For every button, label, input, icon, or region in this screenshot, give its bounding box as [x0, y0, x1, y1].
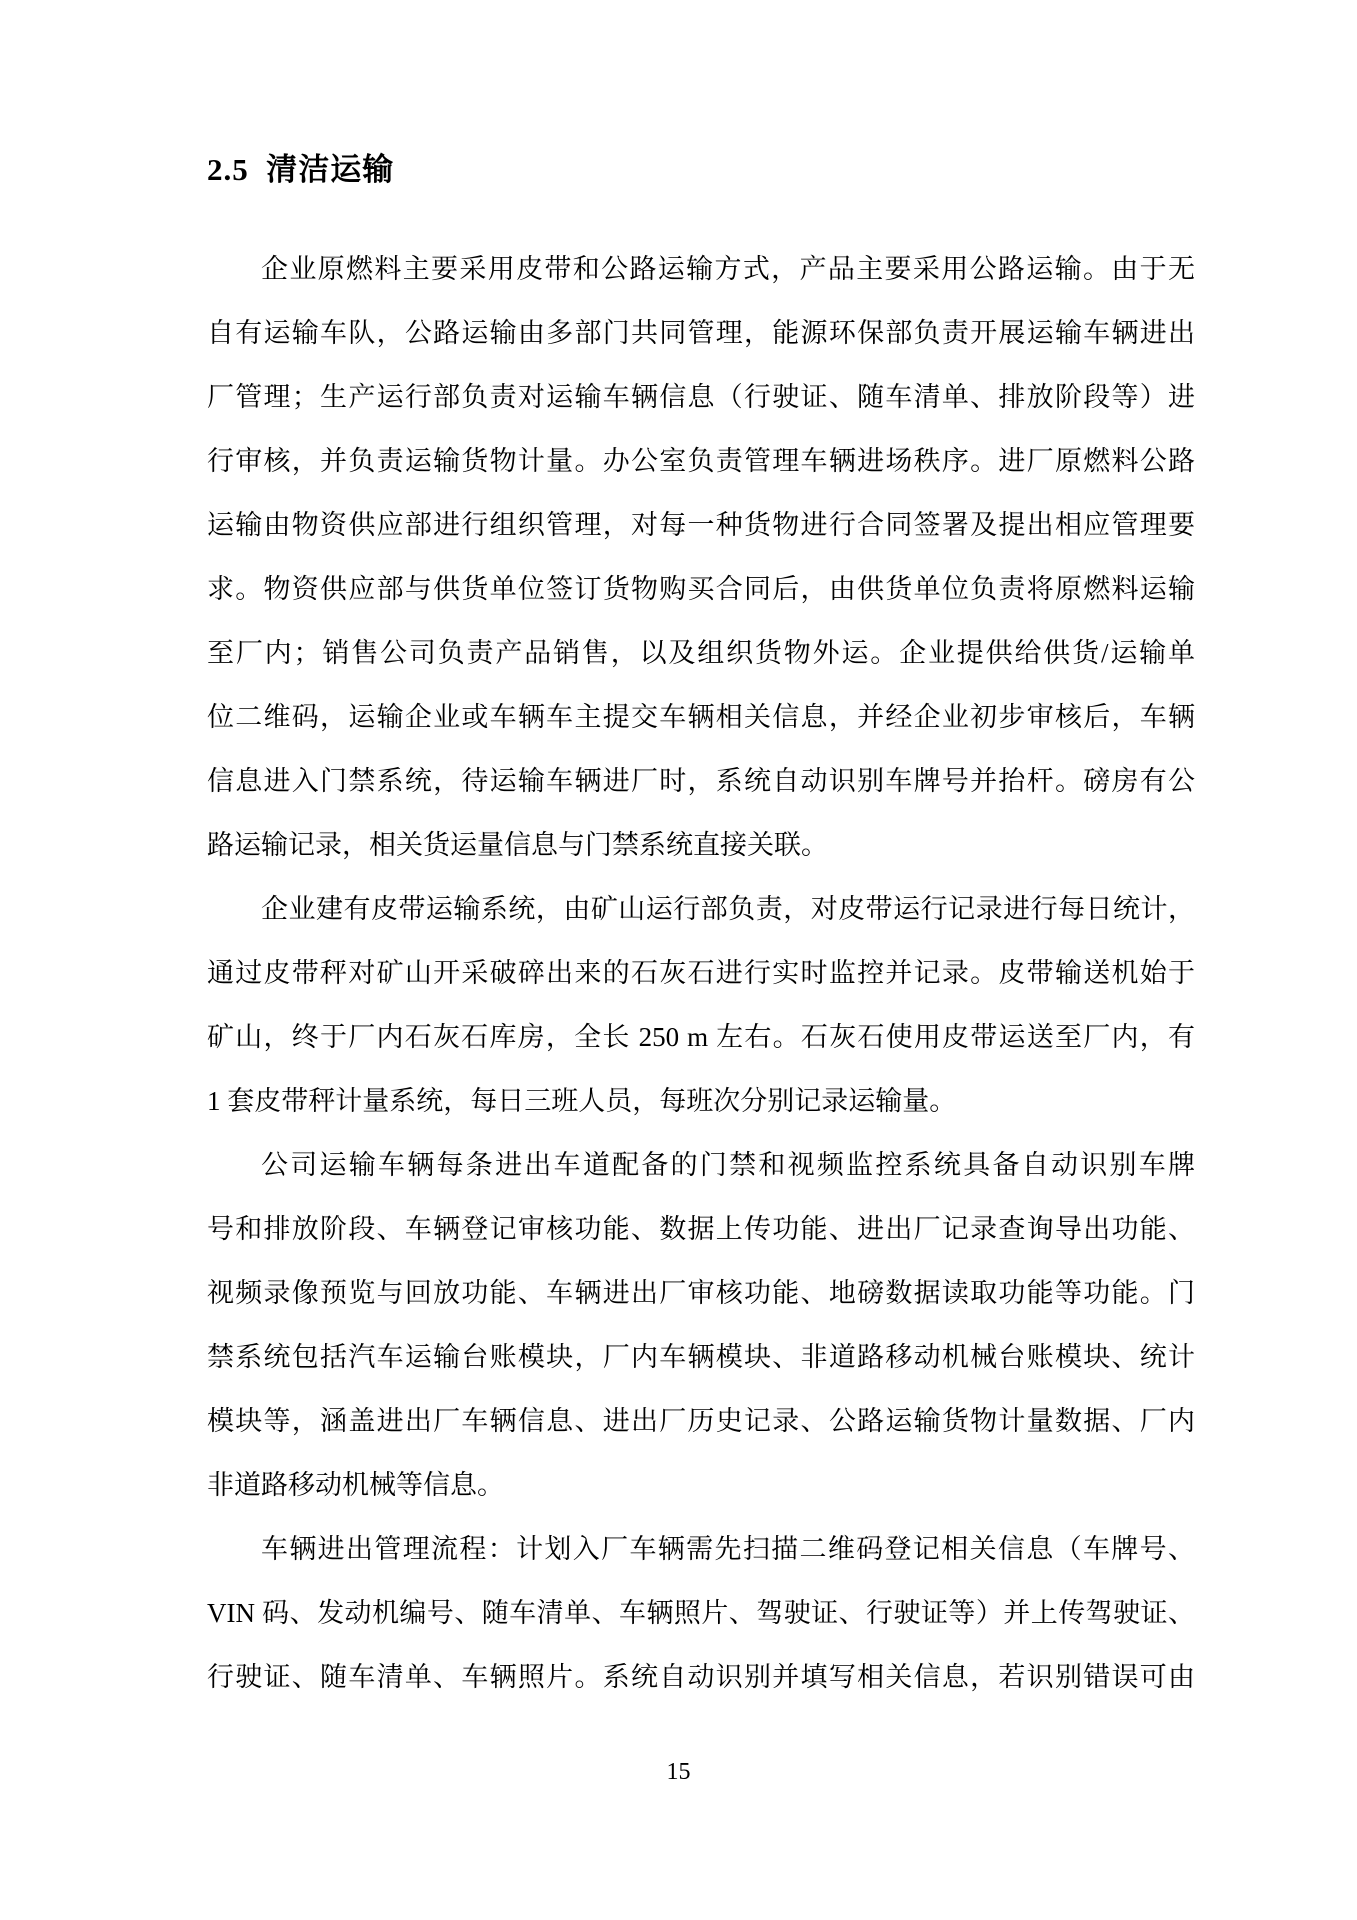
text-line: 禁系统包括汽车运输台账模块，厂内车辆模块、非道路移动机械台账模块、统计: [207, 1325, 1195, 1389]
text-line: 模块等，涵盖进出厂车辆信息、进出厂历史记录、公路运输货物计量数据、厂内: [207, 1389, 1195, 1453]
page-content: 2.5 清洁运输 企业原燃料主要采用皮带和公路运输方式，产品主要采用公路运输。由…: [207, 147, 1195, 1709]
text-line: VIN 码、发动机编号、随车清单、车辆照片、驾驶证、行驶证等）并上传驾驶证、: [207, 1581, 1195, 1645]
text-line: 非道路移动机械等信息。: [207, 1453, 1195, 1517]
text-line: 行驶证、随车清单、车辆照片。系统自动识别并填写相关信息，若识别错误可由: [207, 1645, 1195, 1709]
text-line: 通过皮带秤对矿山开采破碎出来的石灰石进行实时监控并记录。皮带输送机始于: [207, 941, 1195, 1005]
text-line: 视频录像预览与回放功能、车辆进出厂审核功能、地磅数据读取功能等功能。门: [207, 1261, 1195, 1325]
document-page: 2.5 清洁运输 企业原燃料主要采用皮带和公路运输方式，产品主要采用公路运输。由…: [0, 0, 1357, 1920]
text-line: 至厂内；销售公司负责产品销售，以及组织货物外运。企业提供给供货/运输单: [207, 621, 1195, 685]
paragraph-3: 公司运输车辆每条进出车道配备的门禁和视频监控系统具备自动识别车牌 号和排放阶段、…: [207, 1133, 1195, 1517]
text-line: 求。物资供应部与供货单位签订货物购买合同后，由供货单位负责将原燃料运输: [207, 557, 1195, 621]
text-line: 运输由物资供应部进行组织管理，对每一种货物进行合同签署及提出相应管理要: [207, 493, 1195, 557]
section-heading: 2.5 清洁运输: [207, 147, 1195, 193]
text-line: 号和排放阶段、车辆登记审核功能、数据上传功能、进出厂记录查询导出功能、: [207, 1197, 1195, 1261]
paragraph-2: 企业建有皮带运输系统，由矿山运行部负责，对皮带运行记录进行每日统计， 通过皮带秤…: [207, 877, 1195, 1133]
text-line: 自有运输车队，公路运输由多部门共同管理，能源环保部负责开展运输车辆进出: [207, 301, 1195, 365]
text-line: 企业建有皮带运输系统，由矿山运行部负责，对皮带运行记录进行每日统计，: [207, 877, 1195, 941]
text-line: 信息进入门禁系统，待运输车辆进厂时，系统自动识别车牌号并抬杆。磅房有公: [207, 749, 1195, 813]
text-line: 1 套皮带秤计量系统，每日三班人员，每班次分别记录运输量。: [207, 1069, 1195, 1133]
text-line: 矿山，终于厂内石灰石库房，全长 250 m 左右。石灰石使用皮带运送至厂内，有: [207, 1005, 1195, 1069]
text-line: 位二维码，运输企业或车辆车主提交车辆相关信息，并经企业初步审核后，车辆: [207, 685, 1195, 749]
paragraph-1: 企业原燃料主要采用皮带和公路运输方式，产品主要采用公路运输。由于无 自有运输车队…: [207, 237, 1195, 877]
text-line: 行审核，并负责运输货物计量。办公室负责管理车辆进场秩序。进厂原燃料公路: [207, 429, 1195, 493]
text-line: 路运输记录，相关货运量信息与门禁系统直接关联。: [207, 813, 1195, 877]
page-number: 15: [0, 1756, 1357, 1788]
text-line: 厂管理；生产运行部负责对运输车辆信息（行驶证、随车清单、排放阶段等）进: [207, 365, 1195, 429]
text-line: 企业原燃料主要采用皮带和公路运输方式，产品主要采用公路运输。由于无: [207, 237, 1195, 301]
paragraph-4: 车辆进出管理流程：计划入厂车辆需先扫描二维码登记相关信息（车牌号、 VIN 码、…: [207, 1517, 1195, 1709]
text-line: 公司运输车辆每条进出车道配备的门禁和视频监控系统具备自动识别车牌: [207, 1133, 1195, 1197]
text-line: 车辆进出管理流程：计划入厂车辆需先扫描二维码登记相关信息（车牌号、: [207, 1517, 1195, 1581]
